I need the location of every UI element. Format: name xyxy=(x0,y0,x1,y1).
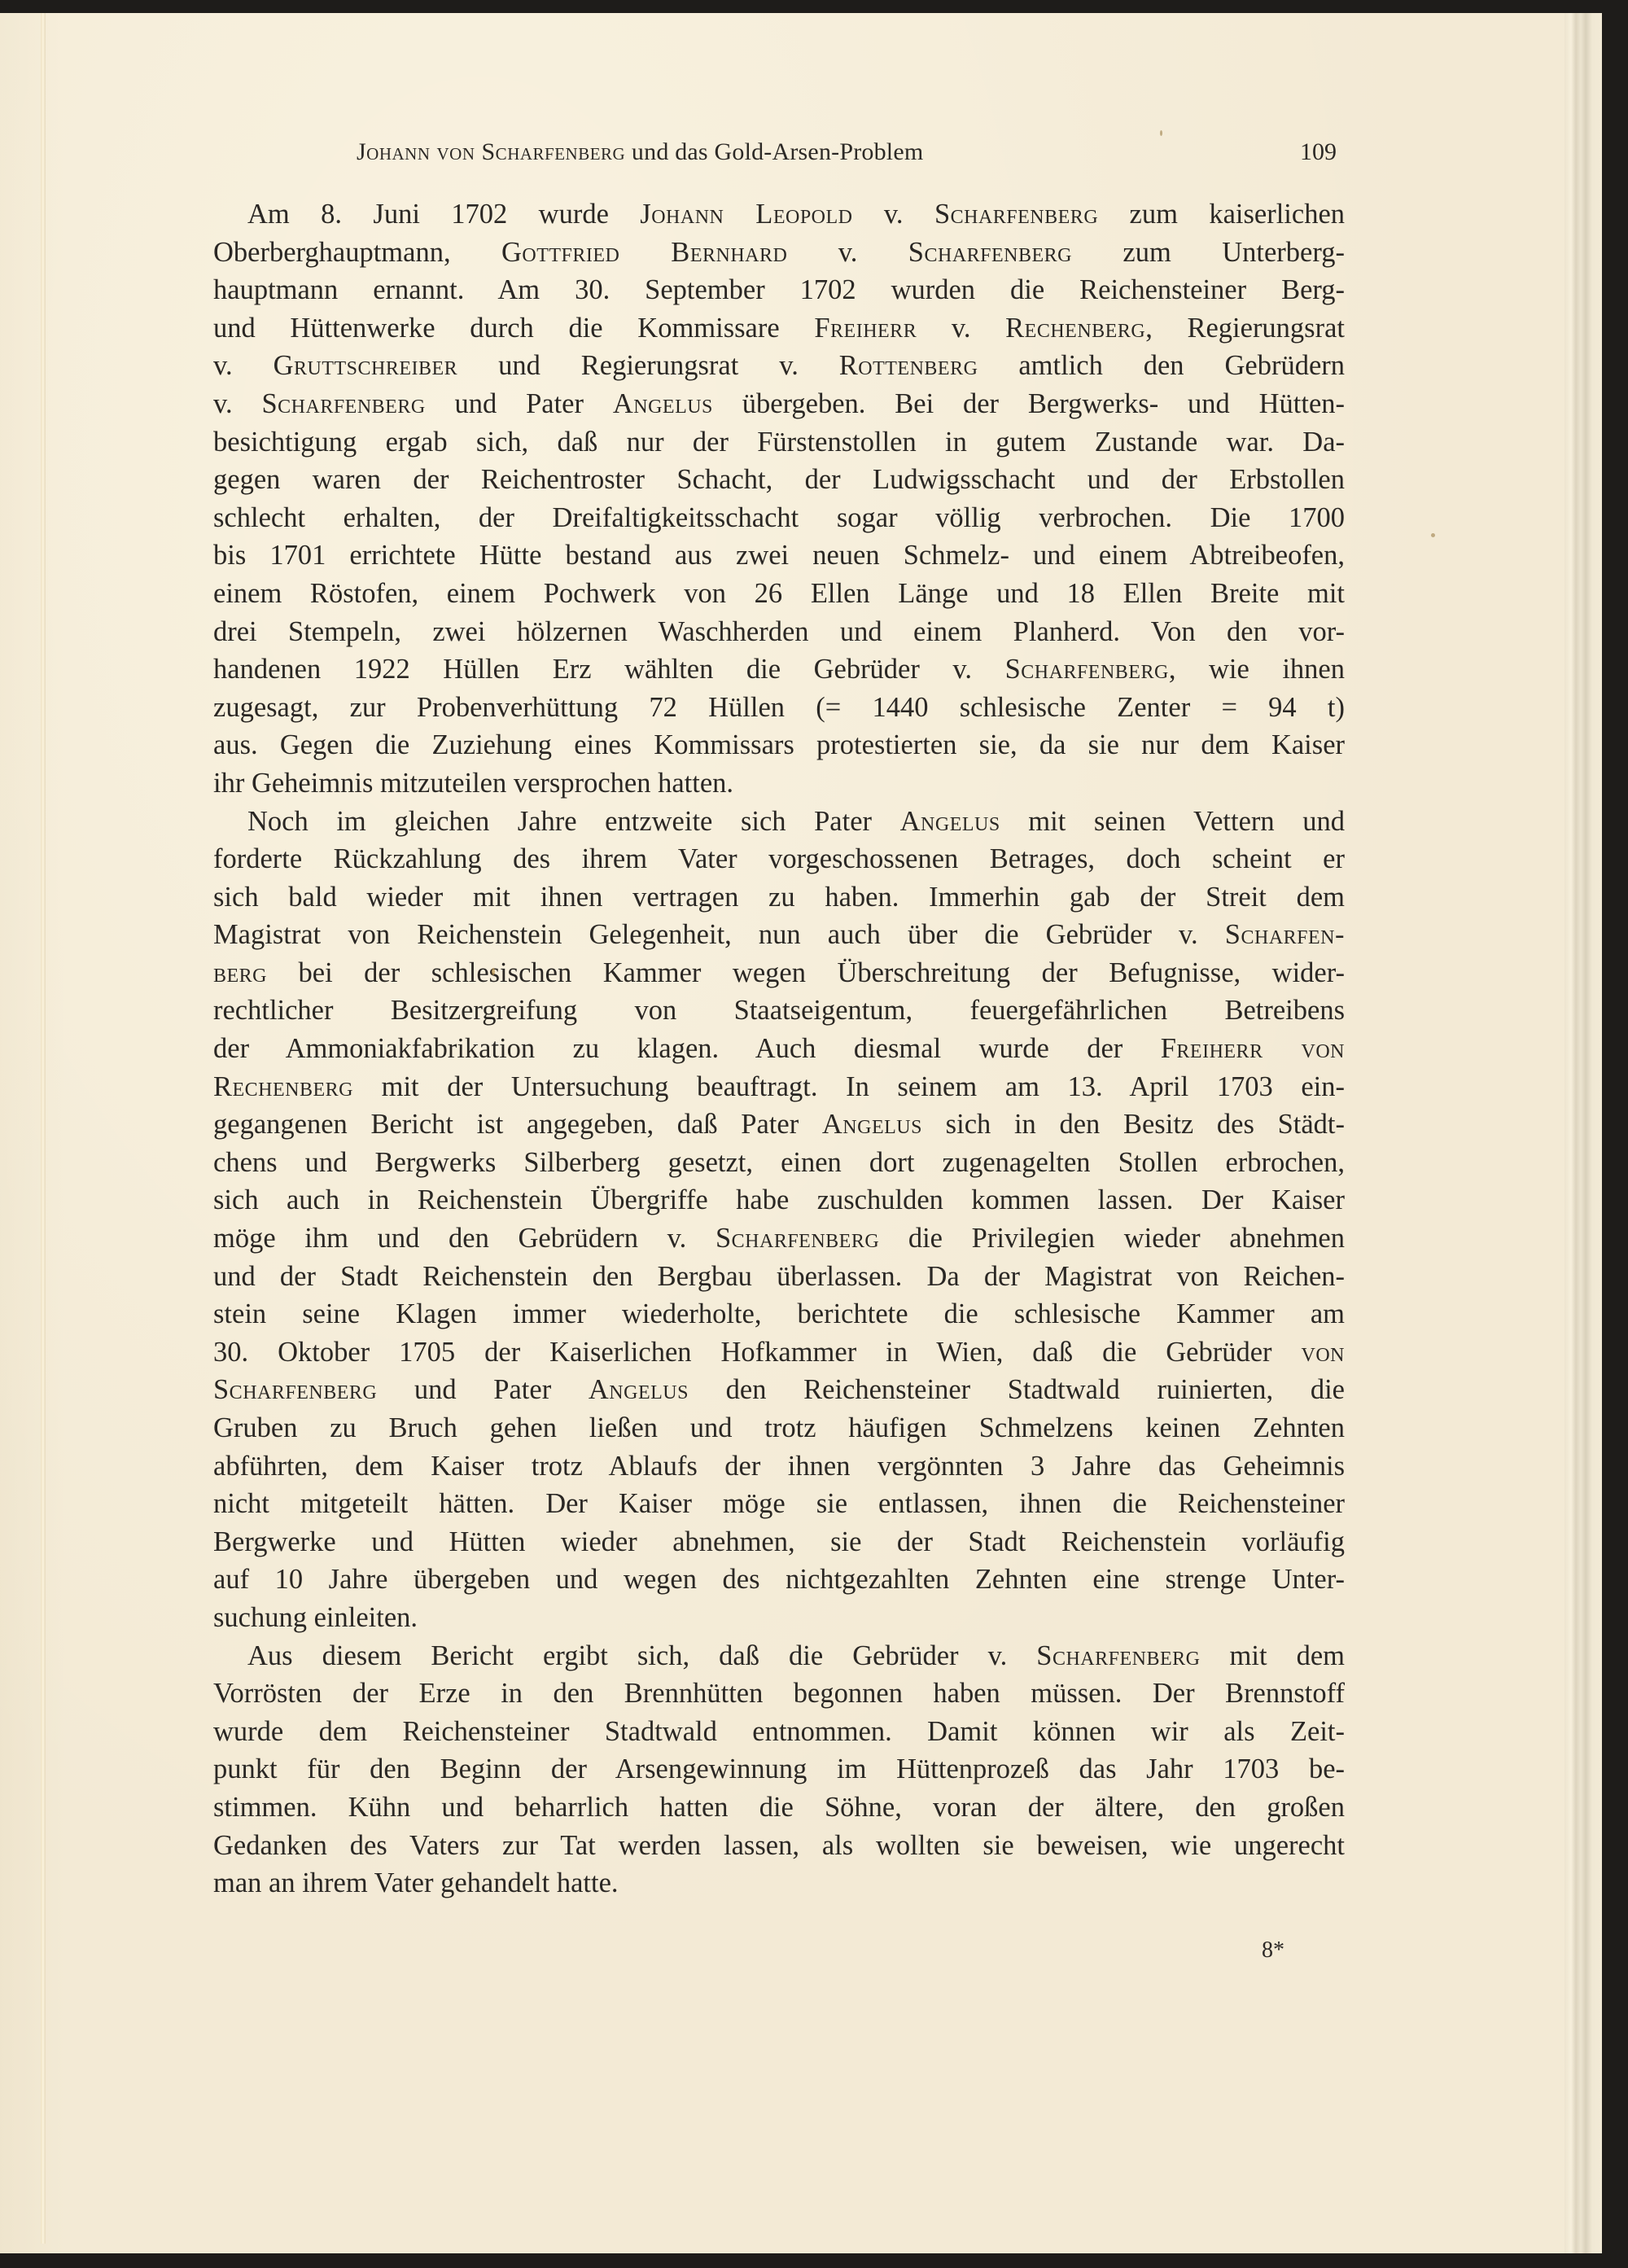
text-line: suchung einleiten. xyxy=(213,1599,1345,1637)
text-run: 30. Oktober 1705 der Kaiserlichen Hofkam… xyxy=(213,1337,1302,1368)
small-caps-name: Johann Leopold xyxy=(640,199,852,230)
text-run: auf 10 Jahre übergeben und wegen des nic… xyxy=(213,1564,1345,1595)
text-run: mit der Untersuchung beauftragt. In sein… xyxy=(353,1071,1345,1102)
scanned-page-spread: Johann von Scharfenberg und das Gold-Ars… xyxy=(0,0,1628,2268)
small-caps-name: Gruttschreiber xyxy=(274,350,458,381)
text-line: handenen 1922 Hüllen Erz wählten die Geb… xyxy=(213,650,1345,689)
text-run: übergeben. Bei der Bergwerks- und Hütten… xyxy=(713,388,1345,419)
small-caps-name: von xyxy=(1302,1337,1346,1368)
text-line: Scharfenberg und Pater Angelus den Reich… xyxy=(213,1371,1345,1409)
paragraph: Am 8. Juni 1702 wurde Johann Leopold v. … xyxy=(213,195,1345,803)
text-line: der Ammoniakfabrikation zu klagen. Auch … xyxy=(213,1030,1345,1068)
text-run: abführten, dem Kaiser trotz Ablaufs der … xyxy=(213,1451,1345,1482)
text-run: und Regierungsrat v. xyxy=(457,350,839,381)
running-head-rest: und das Gold-Arsen-Problem xyxy=(625,138,923,165)
text-run: v. xyxy=(917,313,1005,344)
small-caps-name: Angelus xyxy=(589,1374,689,1405)
paragraph: Noch im gleichen Jahre entzweite sich Pa… xyxy=(213,803,1345,1637)
text-run: den Reichensteiner Stadtwald ruinierten,… xyxy=(689,1374,1345,1405)
small-caps-name: Scharfenberg xyxy=(908,237,1072,268)
text-run: , wie ihnen xyxy=(1169,654,1345,685)
paragraph: Aus diesem Bericht ergibt sich, daß die … xyxy=(213,1637,1345,1902)
text-run: Am 8. Juni 1702 wurde xyxy=(247,199,640,230)
text-run: schlecht erhalten, der Dreifaltigkeitssc… xyxy=(213,502,1345,533)
text-run: gegen waren der Reichentroster Schacht, … xyxy=(213,464,1345,495)
text-line: chens und Bergwerks Silberberg gesetzt, … xyxy=(213,1144,1345,1182)
text-line: drei Stempeln, zwei hölzernen Waschherde… xyxy=(213,613,1345,651)
text-run: chens und Bergwerks Silberberg gesetzt, … xyxy=(213,1147,1345,1178)
text-line: 30. Oktober 1705 der Kaiserlichen Hofkam… xyxy=(213,1333,1345,1372)
text-line: einem Röstofen, einem Pochwerk von 26 El… xyxy=(213,575,1345,613)
text-run: besichtigung ergab sich, daß nur der Für… xyxy=(213,427,1345,458)
text-line: v. Gruttschreiber und Regierungsrat v. R… xyxy=(213,347,1345,385)
text-run: und Pater xyxy=(426,388,613,419)
text-run: Gedanken des Vaters zur Tat werden lasse… xyxy=(213,1830,1345,1861)
text-line: gegen waren der Reichentroster Schacht, … xyxy=(213,461,1345,499)
text-run: zum Unterberg- xyxy=(1072,237,1345,268)
text-line: auf 10 Jahre übergeben und wegen des nic… xyxy=(213,1561,1345,1599)
small-caps-name: Freiherr xyxy=(814,313,917,344)
text-run: die Privilegien wieder abnehmen xyxy=(879,1223,1345,1254)
text-run: wurde dem Reichensteiner Stadtwald entno… xyxy=(213,1716,1345,1747)
text-run: Bergwerke und Hütten wieder abnehmen, si… xyxy=(213,1526,1345,1557)
text-line: Aus diesem Bericht ergibt sich, daß die … xyxy=(213,1637,1345,1675)
text-run: Gruben zu Bruch gehen ließen und trotz h… xyxy=(213,1412,1345,1443)
text-run: zum kaiserlichen xyxy=(1098,199,1345,230)
small-caps-name: berg xyxy=(213,957,267,988)
small-caps-name: Scharfenberg xyxy=(1005,654,1169,685)
text-run: Magistrat von Reichenstein Gelegenheit, … xyxy=(213,919,1225,950)
text-line: sich bald wieder mit ihnen vertragen zu … xyxy=(213,878,1345,917)
small-caps-name: Scharfenberg xyxy=(261,388,425,419)
text-run: Oberberghauptmann, xyxy=(213,237,501,268)
text-run: man an ihrem Vater gehandelt hatte. xyxy=(213,1867,619,1898)
text-run: Vorrösten der Erze in den Brennhütten be… xyxy=(213,1678,1345,1709)
small-caps-name: Freiherr von xyxy=(1161,1033,1345,1064)
small-caps-name: Gottfried Bernhard xyxy=(501,237,787,268)
text-line: berg bei der schlesischen Kammer wegen Ü… xyxy=(213,954,1345,992)
text-run: stimmen. Kühn und beharrlich hatten die … xyxy=(213,1792,1345,1823)
text-line: Gedanken des Vaters zur Tat werden lasse… xyxy=(213,1827,1345,1865)
small-caps-name: Scharfen- xyxy=(1225,919,1345,950)
text-run: stein seine Klagen immer wiederholte, be… xyxy=(213,1298,1345,1329)
small-caps-name: Scharfenberg xyxy=(934,199,1098,230)
small-caps-name: Angelus xyxy=(822,1109,922,1140)
text-run: handenen 1922 Hüllen Erz wählten die Geb… xyxy=(213,654,1005,685)
text-line: und der Stadt Reichenstein den Bergbau ü… xyxy=(213,1258,1345,1296)
text-line: abführten, dem Kaiser trotz Ablaufs der … xyxy=(213,1447,1345,1486)
text-run: zugesagt, zur Probenverhüttung 72 Hüllen… xyxy=(213,692,1345,723)
text-run: amtlich den Gebrüdern xyxy=(978,350,1345,381)
text-line: Vorrösten der Erze in den Brennhütten be… xyxy=(213,1675,1345,1713)
text-line: bis 1701 errichtete Hütte bestand aus zw… xyxy=(213,536,1345,575)
text-run: gegangenen Bericht ist angegeben, daß Pa… xyxy=(213,1109,822,1140)
paper-speck xyxy=(492,968,495,975)
text-run: Aus diesem Bericht ergibt sich, daß die … xyxy=(247,1640,1036,1671)
text-run: aus. Gegen die Zuziehung eines Kommissar… xyxy=(213,729,1345,760)
text-run: v. xyxy=(213,388,261,419)
text-line: man an ihrem Vater gehandelt hatte. xyxy=(213,1864,1345,1902)
text-line: v. Scharfenberg und Pater Angelus überge… xyxy=(213,385,1345,423)
text-line: stimmen. Kühn und beharrlich hatten die … xyxy=(213,1789,1345,1827)
text-run: bis 1701 errichtete Hütte bestand aus zw… xyxy=(213,540,1345,571)
small-caps-name: Rottenberg xyxy=(839,350,978,381)
paper-speck xyxy=(1431,533,1435,537)
text-run: möge ihm und den Gebrüdern v. xyxy=(213,1223,716,1254)
small-caps-name: Angelus xyxy=(613,388,713,419)
text-line: rechtlicher Besitzergreifung von Staatse… xyxy=(213,992,1345,1030)
text-run: bei der schlesischen Kammer wegen Übersc… xyxy=(267,957,1345,988)
text-run: sich in den Besitz des Städt- xyxy=(922,1109,1345,1140)
text-line: Gruben zu Bruch gehen ließen und trotz h… xyxy=(213,1409,1345,1447)
text-run: , Regierungsrat xyxy=(1145,313,1345,344)
page-gutter-edge xyxy=(41,13,46,2244)
small-caps-name: Scharfenberg xyxy=(1036,1640,1200,1671)
page-number: 109 xyxy=(1300,138,1337,166)
running-head-name: Johann von Scharfenberg xyxy=(357,138,625,165)
small-caps-name: Rechenberg xyxy=(1005,313,1145,344)
text-line: forderte Rückzahlung des ihrem Vater vor… xyxy=(213,840,1345,878)
text-run: Noch im gleichen Jahre entzweite sich Pa… xyxy=(247,806,900,837)
text-run: drei Stempeln, zwei hölzernen Waschherde… xyxy=(213,616,1345,647)
text-run: sich auch in Reichenstein Übergriffe hab… xyxy=(213,1184,1345,1215)
text-line: stein seine Klagen immer wiederholte, be… xyxy=(213,1295,1345,1333)
text-line: ihr Geheimnis mitzuteilen versprochen ha… xyxy=(213,764,1345,803)
text-line: nicht mitgeteilt hätten. Der Kaiser möge… xyxy=(213,1485,1345,1523)
text-run: punkt für den Beginn der Arsengewinnung … xyxy=(213,1754,1345,1784)
body-text: Am 8. Juni 1702 wurde Johann Leopold v. … xyxy=(213,195,1345,1902)
paper-speck xyxy=(1160,130,1162,136)
text-run: v. xyxy=(213,350,274,381)
text-run: sich bald wieder mit ihnen vertragen zu … xyxy=(213,882,1345,913)
text-run: hauptmann ernannt. Am 30. September 1702… xyxy=(213,274,1345,305)
text-run: und Pater xyxy=(377,1374,589,1405)
text-line: punkt für den Beginn der Arsengewinnung … xyxy=(213,1750,1345,1789)
text-run: mit dem xyxy=(1200,1640,1345,1671)
text-run: v. xyxy=(787,237,908,268)
text-run: suchung einleiten. xyxy=(213,1602,418,1633)
text-line: Rechenberg mit der Untersuchung beauftra… xyxy=(213,1068,1345,1106)
text-line: Noch im gleichen Jahre entzweite sich Pa… xyxy=(213,803,1345,841)
text-run: v. xyxy=(853,199,934,230)
text-line: gegangenen Bericht ist angegeben, daß Pa… xyxy=(213,1106,1345,1144)
small-caps-name: Rechenberg xyxy=(213,1071,353,1102)
text-run: der Ammoniakfabrikation zu klagen. Auch … xyxy=(213,1033,1161,1064)
text-line: und Hüttenwerke durch die Kommissare Fre… xyxy=(213,309,1345,348)
signature-mark: 8* xyxy=(1262,1937,1284,1964)
text-line: möge ihm und den Gebrüdern v. Scharfenbe… xyxy=(213,1219,1345,1258)
text-run: rechtlicher Besitzergreifung von Staatse… xyxy=(213,995,1345,1026)
page-bottom-shadow xyxy=(0,2253,1602,2260)
text-line: Magistrat von Reichenstein Gelegenheit, … xyxy=(213,916,1345,954)
text-run: und der Stadt Reichenstein den Bergbau ü… xyxy=(213,1261,1345,1292)
text-run: nicht mitgeteilt hätten. Der Kaiser möge… xyxy=(213,1488,1345,1519)
text-run: ihr Geheimnis mitzuteilen versprochen ha… xyxy=(213,768,733,799)
text-line: aus. Gegen die Zuziehung eines Kommissar… xyxy=(213,726,1345,764)
text-line: Am 8. Juni 1702 wurde Johann Leopold v. … xyxy=(213,195,1345,234)
text-line: schlecht erhalten, der Dreifaltigkeitssc… xyxy=(213,499,1345,537)
small-caps-name: Scharfenberg xyxy=(213,1374,377,1405)
page-fore-edge xyxy=(1565,13,1602,2253)
text-line: Bergwerke und Hütten wieder abnehmen, si… xyxy=(213,1523,1345,1561)
text-line: wurde dem Reichensteiner Stadtwald entno… xyxy=(213,1713,1345,1751)
small-caps-name: Angelus xyxy=(900,806,1000,837)
running-head-title: Johann von Scharfenberg und das Gold-Ars… xyxy=(357,138,923,166)
text-line: zugesagt, zur Probenverhüttung 72 Hüllen… xyxy=(213,689,1345,727)
text-run: forderte Rückzahlung des ihrem Vater vor… xyxy=(213,843,1345,874)
text-run: mit seinen Vettern und xyxy=(1000,806,1345,837)
text-line: hauptmann ernannt. Am 30. September 1702… xyxy=(213,271,1345,309)
running-header: Johann von Scharfenberg und das Gold-Ars… xyxy=(335,138,1337,179)
text-line: sich auch in Reichenstein Übergriffe hab… xyxy=(213,1181,1345,1219)
text-line: Oberberghauptmann, Gottfried Bernhard v.… xyxy=(213,234,1345,272)
text-line: besichtigung ergab sich, daß nur der Für… xyxy=(213,423,1345,462)
small-caps-name: Scharfenberg xyxy=(716,1223,879,1254)
text-run: und Hüttenwerke durch die Kommissare xyxy=(213,313,814,344)
text-run: einem Röstofen, einem Pochwerk von 26 El… xyxy=(213,578,1345,609)
